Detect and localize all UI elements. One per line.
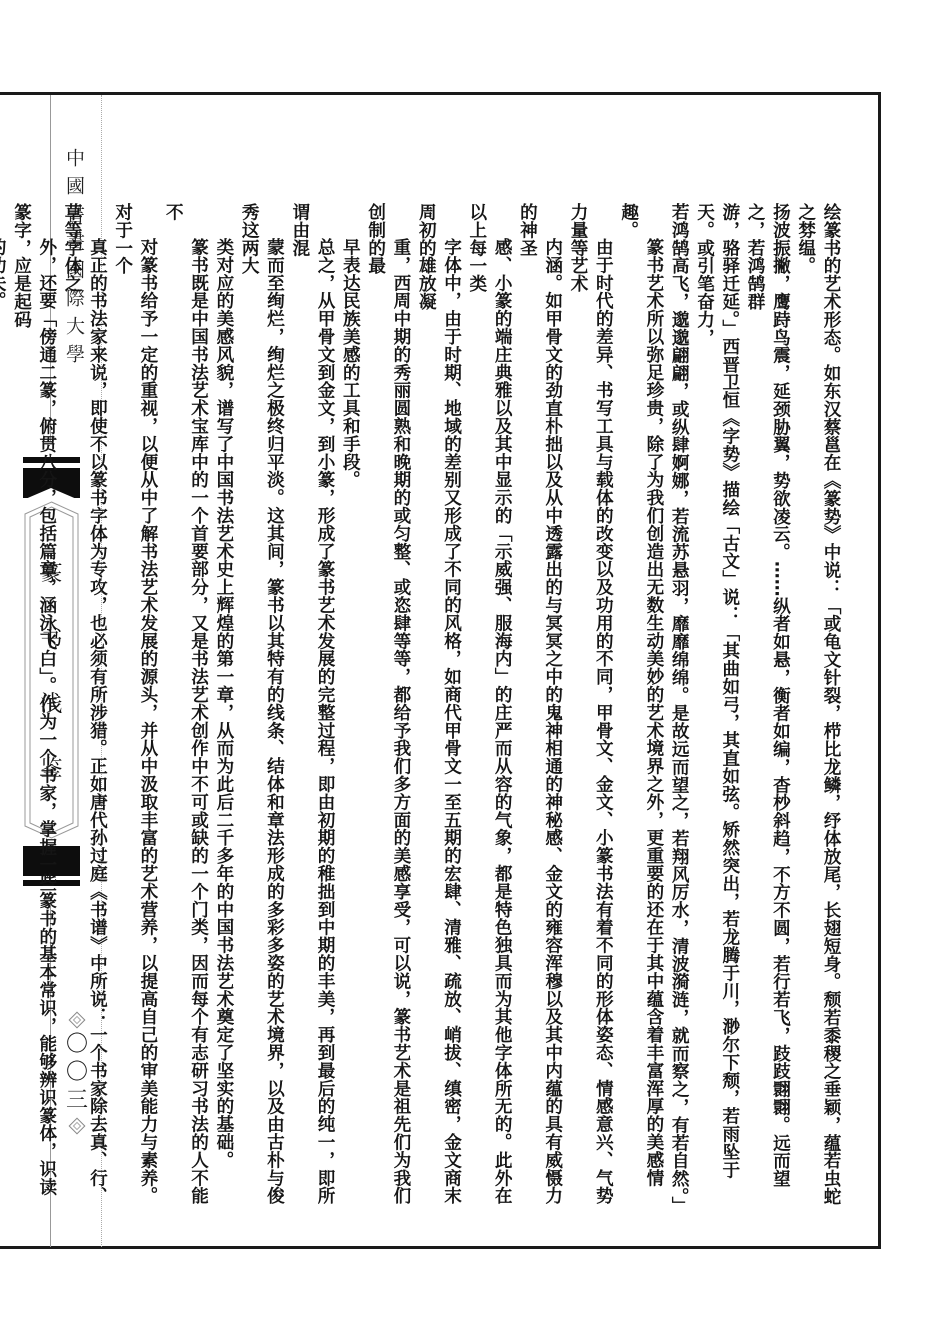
text-column: 篆书既是中国书法艺术宝库中的一个首要部分，又是书法艺术创作中不可或缺的一个门类，… — [160, 203, 211, 1213]
text-column: 的功夫。 — [0, 203, 8, 1213]
paragraph: 篆书既是中国书法艺术宝库中的一个首要部分，又是书法艺术创作中不可或缺的一个门类，… — [0, 203, 211, 1213]
text-column: 游，骆驿迁延。」西晋卫恒《字势》描绘「古文」说：「其曲如弓，其直如弦。矫然突出，… — [691, 203, 742, 1213]
text-column: 若鸿鹄高飞，邈邈翩翩，或纵肆婀娜，若流苏悬羽，靡靡绵绵。是故远而望之，若翔风厉水… — [666, 203, 691, 1213]
paragraph: 总之，从甲骨文到金文，到小篆，形成了篆书艺术发展的完整过程，即由初期的稚拙到中期… — [211, 203, 337, 1213]
text-column: 字体中，由于时期、地域的差别又形成了不同的风格，如商代甲骨文一至五期的宏肆、清雅… — [413, 203, 464, 1213]
text-column: 内涵。如甲骨文的劲直朴拙以及从中透露出的与冥冥之中的鬼神相通的神秘感、金文的雍容… — [514, 203, 565, 1213]
text-column: 对篆书给予一定的重视，以便从中了解书法艺术发展的源头，并从中汲取丰富的艺术营养，… — [109, 203, 160, 1213]
text-column: 重，西周中期的秀丽圆熟和晚期的或匀整、或恣肆等等，都给予我们多方面的美感享受，可… — [362, 203, 413, 1213]
text-column: 类对应的美感风貌，谱写了中国书法艺术史上辉煌的第一章，从而为此后二千多年的中国书… — [211, 203, 236, 1213]
text-column: 绘篆书的艺术形态。如东汉蔡邕在《篆势》中说：「或龟文针裂，栉比龙鳞，纾体放尾，长… — [792, 203, 843, 1213]
text-column: 篆书艺术所以弥足珍贵，除了为我们创造出无数生动美妙的艺术境界之外，更重要的还在于… — [615, 203, 666, 1213]
text-column: 由于时代的差异、书写工具与载体的改变以及功用的不同，甲骨文、金文、小篆书法有着不… — [565, 203, 616, 1213]
text-column: 真正的书法家来说，即使不以篆书字体为专攻，也必须有所涉猎。正如唐代孙过庭《书谱》… — [59, 203, 110, 1213]
text-column: 感、小篆的端庄典雅以及其中显示的「示威强、服海内」的庄严而从容的气象，都是特色独… — [464, 203, 515, 1213]
text-column: 扬波振撇，鹰跱鸟震，延颈胁翼，势欲凌云。……纵者如悬，衡者如编，杳杪斜趋，不方不… — [742, 203, 793, 1213]
text-column: 外，还要「傍通二篆，俯贯八分，包括篇章，涵泳飞白」。作为一个书家，掌握一些篆书的… — [8, 203, 59, 1213]
paragraph: 篆书艺术所以弥足珍贵，除了为我们创造出无数生动美妙的艺术境界之外，更重要的还在于… — [337, 203, 666, 1213]
text-column: 总之，从甲骨文到金文，到小篆，形成了篆书艺术发展的完整过程，即由初期的稚拙到中期… — [286, 203, 337, 1213]
text-column: 早表达民族美感的工具和手段。 — [337, 203, 362, 1213]
paragraph: 绘篆书的艺术形态。如东汉蔡邕在《篆势》中说：「或龟文针裂，栉比龙鳞，纾体放尾，长… — [666, 203, 843, 1213]
body-text: 绘篆书的艺术形态。如东汉蔡邕在《篆势》中说：「或龟文针裂，栉比龙鳞，纾体放尾，长… — [123, 203, 843, 1213]
text-column: 蒙而至绚烂，绚烂之极终归平淡。这其间，篆书以其特有的线条、结体和章法形成的多彩多… — [236, 203, 287, 1213]
